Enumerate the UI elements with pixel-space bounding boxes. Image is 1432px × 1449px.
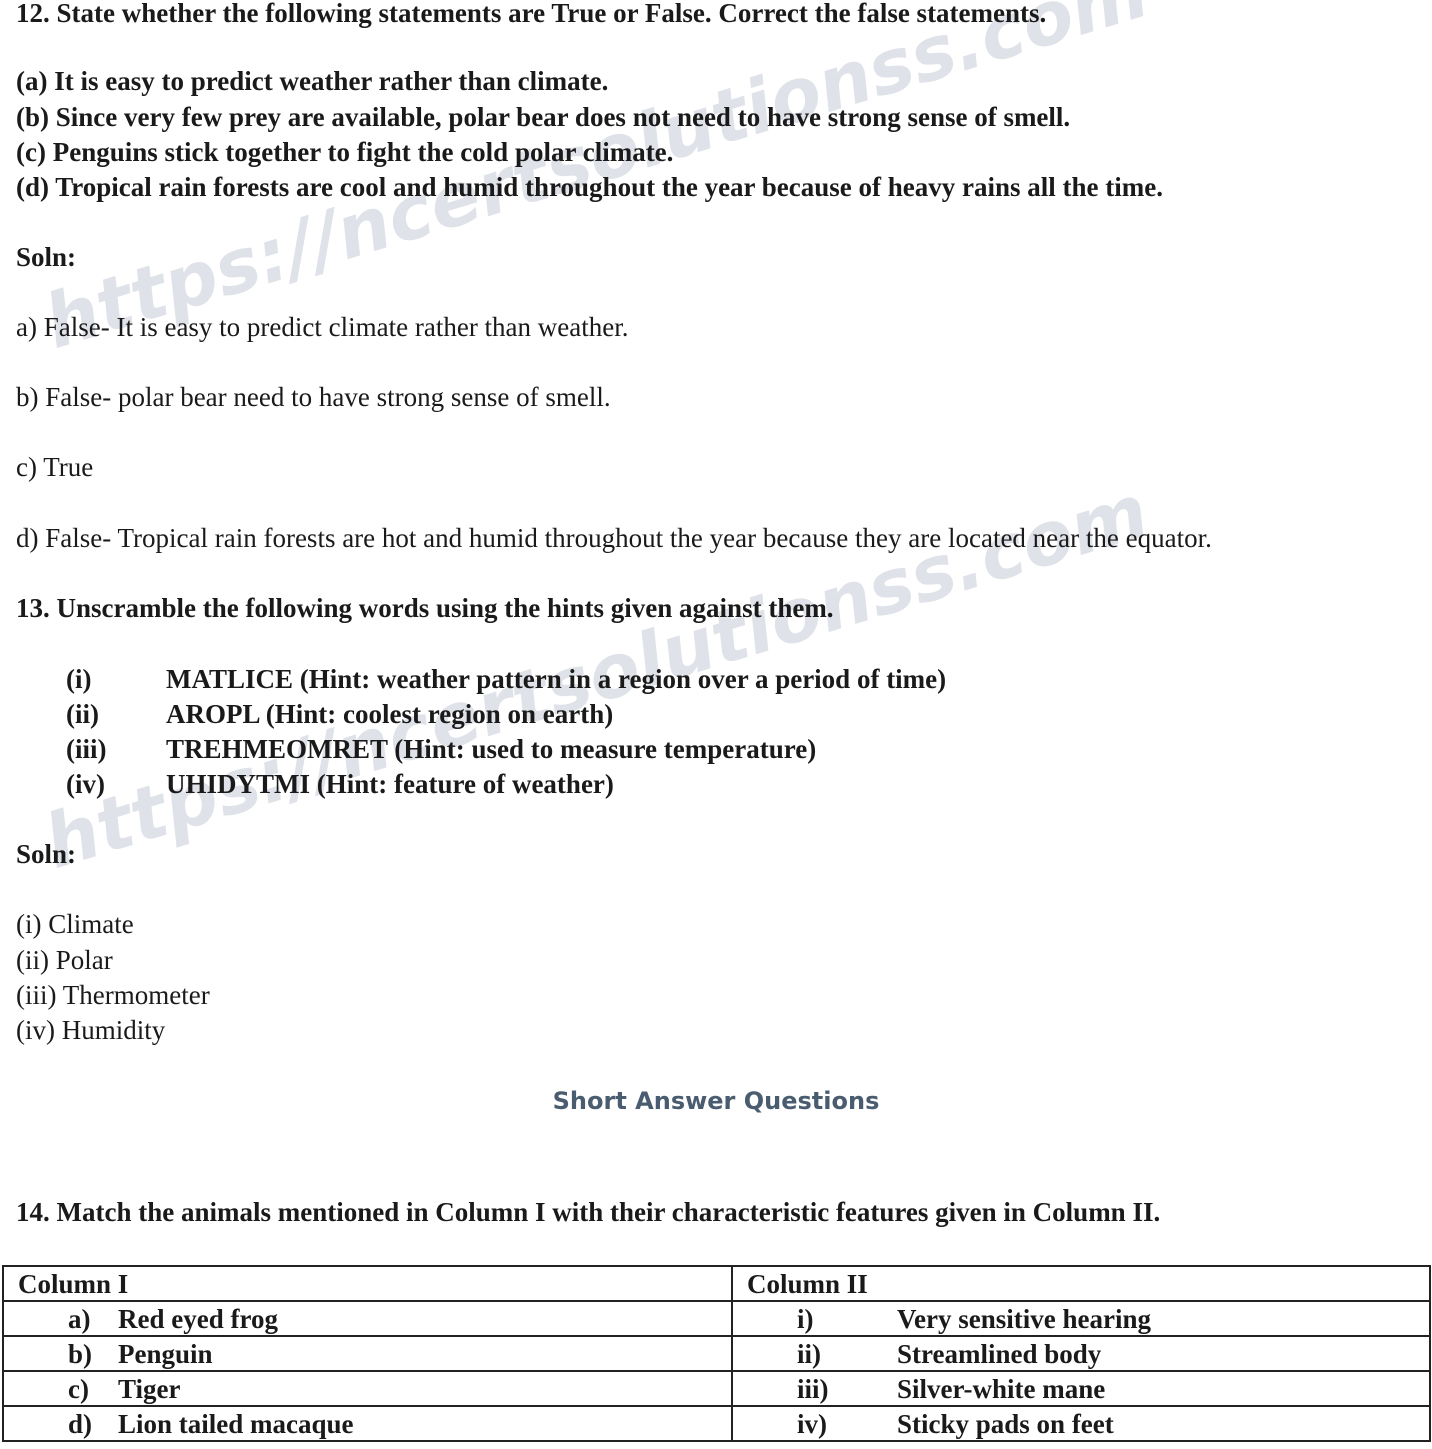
feature-text: Streamlined body: [897, 1339, 1101, 1369]
q12-answer: a) False- It is easy to predict climate …: [16, 310, 629, 344]
row-label: a): [68, 1303, 118, 1335]
match-table: Column I Column II a)Red eyed frog i)Ver…: [2, 1265, 1431, 1442]
q13-item: (iii)TREHMEOMRET (Hint: used to measure …: [66, 732, 816, 766]
q13-item-num: (iv): [66, 767, 166, 801]
row-label: iv): [797, 1408, 897, 1440]
q13-answer: (iii) Thermometer: [16, 978, 210, 1012]
q12-statement: (d) Tropical rain forests are cool and h…: [16, 170, 1163, 204]
q13-item-text: AROPL (Hint: coolest region on earth): [166, 699, 613, 729]
table-header-row: Column I Column II: [3, 1266, 1430, 1301]
animal-name: Red eyed frog: [118, 1304, 278, 1334]
q13-item-text: UHIDYTMI (Hint: feature of weather): [166, 769, 614, 799]
q13-item-num: (i): [66, 662, 166, 696]
q13-answer: (ii) Polar: [16, 943, 113, 977]
animal-name: Lion tailed macaque: [118, 1409, 354, 1439]
table-row: d)Lion tailed macaque iv)Sticky pads on …: [3, 1406, 1430, 1441]
q12-answer: c) True: [16, 450, 93, 484]
q13-question: 13. Unscramble the following words using…: [16, 591, 834, 625]
column-header: Column I: [3, 1266, 732, 1301]
feature-text: Silver-white mane: [897, 1374, 1105, 1404]
feature-text: Very sensitive hearing: [897, 1304, 1151, 1334]
q13-soln-label: Soln:: [16, 837, 76, 871]
column-header: Column II: [732, 1266, 1430, 1301]
row-label: i): [797, 1303, 897, 1335]
q13-item: (ii)AROPL (Hint: coolest region on earth…: [66, 697, 613, 731]
q13-item: (i)MATLICE (Hint: weather pattern in a r…: [66, 662, 946, 696]
row-label: b): [68, 1338, 118, 1370]
q13-item-text: TREHMEOMRET (Hint: used to measure tempe…: [166, 734, 816, 764]
q13-item-num: (iii): [66, 732, 166, 766]
row-label: c): [68, 1373, 118, 1405]
table-row: a)Red eyed frog i)Very sensitive hearing: [3, 1301, 1430, 1336]
animal-name: Penguin: [118, 1339, 213, 1369]
q13-item-text: MATLICE (Hint: weather pattern in a regi…: [166, 664, 946, 694]
q12-answer: d) False- Tropical rain forests are hot …: [16, 521, 1212, 555]
q14-question: 14. Match the animals mentioned in Colum…: [16, 1195, 1160, 1229]
q12-statement: (b) Since very few prey are available, p…: [16, 100, 1070, 134]
q13-answer: (i) Climate: [16, 907, 134, 941]
q12-question: 12. State whether the following statemen…: [16, 0, 1046, 30]
q13-item-num: (ii): [66, 697, 166, 731]
animal-name: Tiger: [118, 1374, 181, 1404]
table-row: c)Tiger iii)Silver-white mane: [3, 1371, 1430, 1406]
q13-item: (iv)UHIDYTMI (Hint: feature of weather): [66, 767, 614, 801]
q12-statement: (c) Penguins stick together to fight the…: [16, 135, 673, 169]
row-label: ii): [797, 1338, 897, 1370]
q12-answer: b) False- polar bear need to have strong…: [16, 380, 611, 414]
row-label: iii): [797, 1373, 897, 1405]
row-label: d): [68, 1408, 118, 1440]
q12-soln-label: Soln:: [16, 240, 76, 274]
q12-statement: (a) It is easy to predict weather rather…: [16, 64, 608, 98]
table-row: b)Penguin ii)Streamlined body: [3, 1336, 1430, 1371]
feature-text: Sticky pads on feet: [897, 1409, 1114, 1439]
q13-answer: (iv) Humidity: [16, 1013, 165, 1047]
section-header: Short Answer Questions: [0, 1084, 1432, 1118]
